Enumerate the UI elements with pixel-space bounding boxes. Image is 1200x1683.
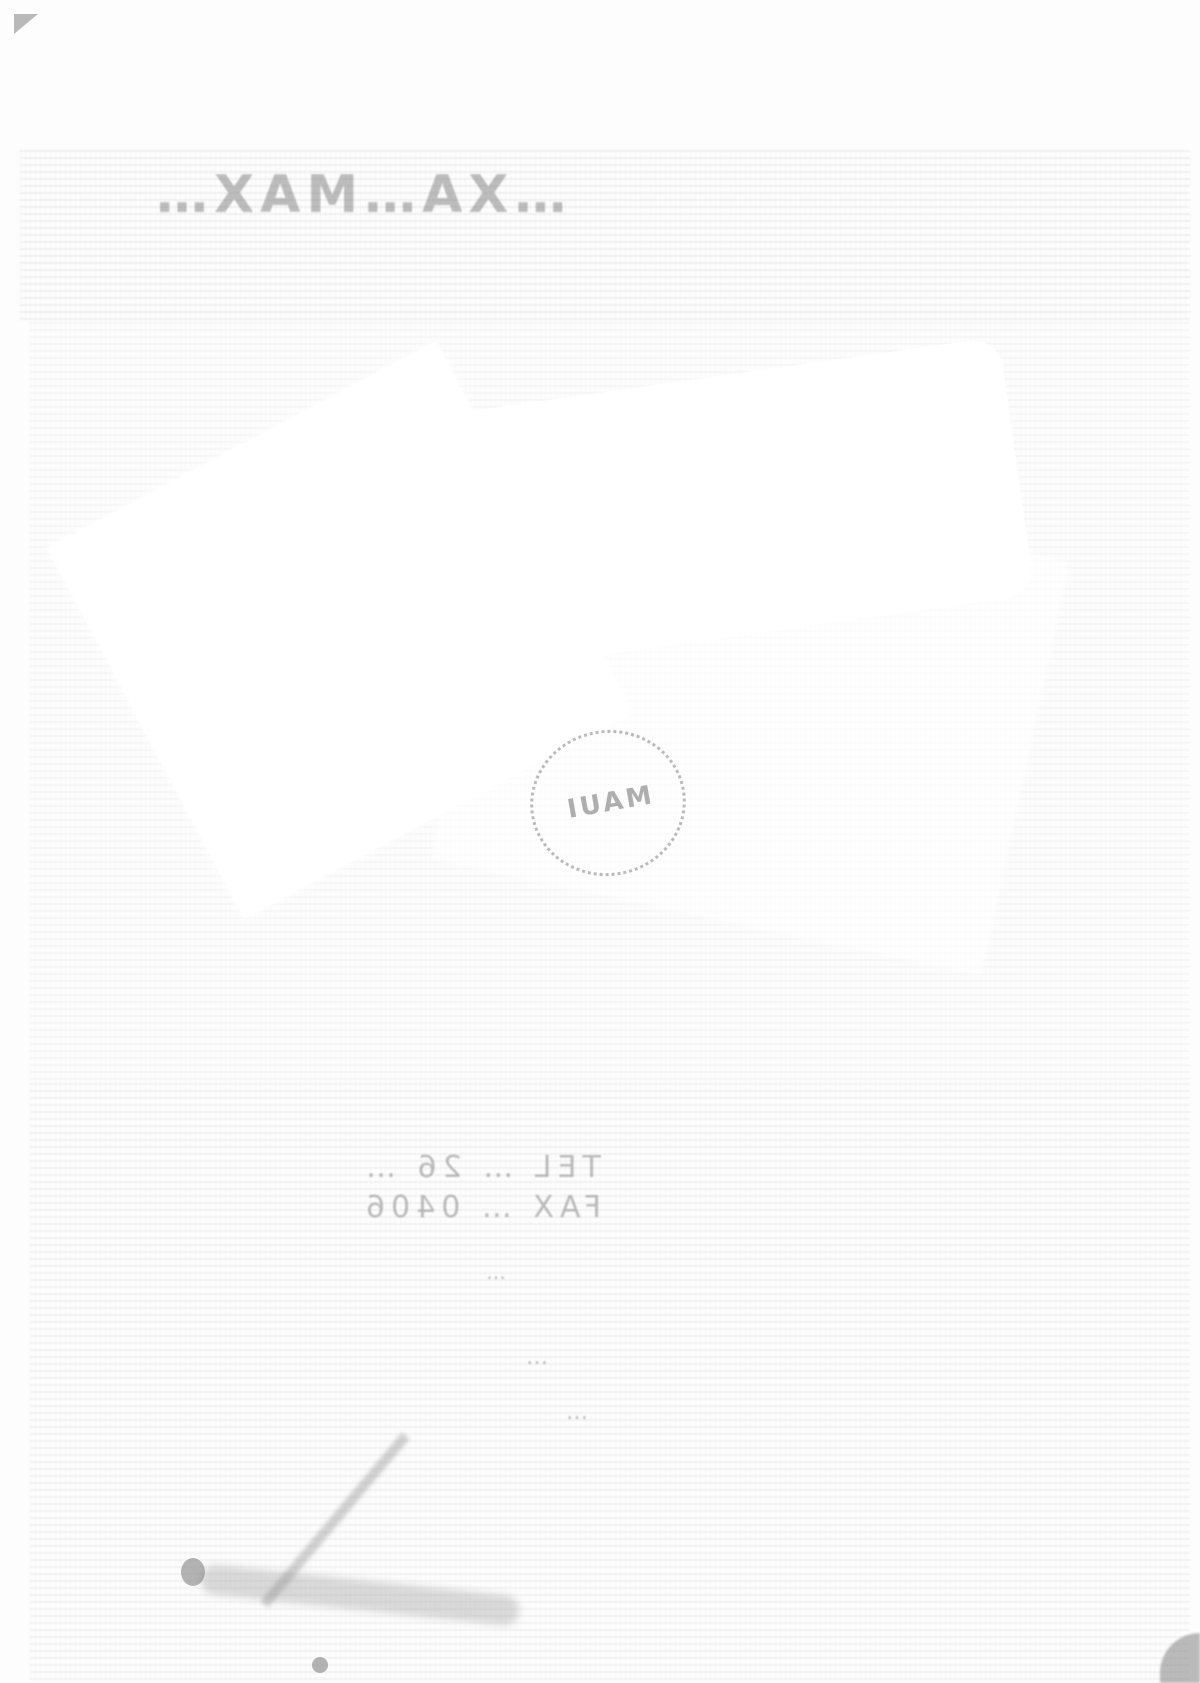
ink-spot bbox=[312, 1657, 328, 1673]
ink-spot bbox=[181, 1558, 205, 1586]
contact-line-tel: TEL … 26 … bbox=[360, 1150, 601, 1185]
illegible-line: … bbox=[560, 1400, 588, 1425]
illegible-line: … bbox=[520, 1345, 548, 1370]
mirrored-heading: …XA…MAX… bbox=[150, 165, 566, 225]
illegible-line: … bbox=[480, 1260, 506, 1284]
corner-mark bbox=[14, 14, 38, 34]
contact-line-fax: FAX … 0406 bbox=[360, 1190, 601, 1225]
stamp-text: MAUI bbox=[562, 781, 654, 826]
scanned-page: …XA…MAX… MAUI TEL … 26 … FAX … 0406 … … … bbox=[0, 0, 1200, 1683]
